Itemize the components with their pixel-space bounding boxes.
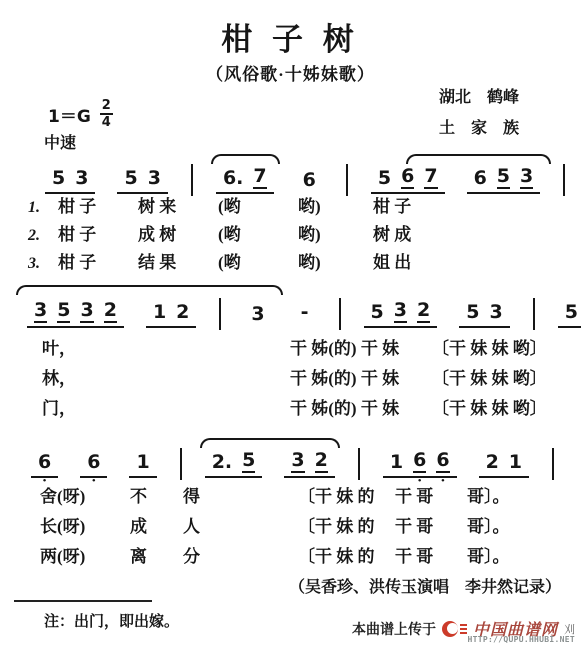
barline — [180, 448, 182, 480]
note: 5 — [52, 169, 65, 189]
note: 3 — [291, 451, 304, 473]
note: 5 — [371, 303, 384, 323]
note: 5 — [124, 169, 137, 189]
logo-bars-icon — [460, 624, 467, 634]
score-line-1: 53536.76567653 — [34, 142, 577, 194]
note: 2 — [486, 453, 499, 473]
note-number: 3 — [251, 305, 264, 324]
lyric-cell: 得 — [183, 482, 298, 507]
note: 6 — [401, 167, 414, 189]
time-signature-denominator: 4 — [100, 115, 113, 129]
slur-arc — [200, 438, 340, 448]
origin-region: 湖北 鹤峰 — [439, 82, 519, 113]
slur-arc — [211, 154, 280, 164]
note-group: 6• — [577, 455, 581, 478]
lyric-cell: 树 成 — [373, 220, 411, 245]
note: 2 — [104, 301, 117, 323]
note: 6• — [38, 453, 51, 473]
footnote-divider — [14, 600, 152, 602]
lyric-cell: 3. — [28, 255, 58, 273]
note-number: 7 — [424, 167, 437, 189]
note: 6• — [436, 451, 449, 473]
note: 6 — [474, 169, 487, 189]
slur-phrase: 3532123 — [16, 284, 283, 328]
note: 3 — [251, 305, 264, 325]
note-number: 3 — [291, 451, 304, 473]
lyric-cell: 干 姊(的) 干 妹 — [290, 364, 432, 389]
verse-block-2: 叶，干 姊(的) 干 妹〔干 妹 妹 哟〕林，干 姊(的) 干 妹〔干 妹 妹 … — [42, 334, 547, 424]
note: 3 — [34, 301, 47, 323]
lyrics-row: 1.柑 子树 来(哟哟)柑 子 — [28, 192, 411, 220]
score-line-3: 6•6•12.53216•6•216•- — [20, 426, 581, 478]
note-number: 3 — [80, 301, 93, 323]
lyrics-row: 两(呀)离分〔干 妹 的干 哥哥〕。 — [40, 542, 510, 572]
note-group: 21 — [479, 453, 529, 478]
lyrics-row: 叶，干 姊(的) 干 妹〔干 妹 妹 哟〕 — [42, 334, 547, 364]
lyric-cell: 柑 子 — [58, 192, 138, 217]
note-group: 3 — [244, 305, 271, 328]
lyric-cell: 长(呀) — [40, 512, 130, 537]
lyric-cell: 哥〕。 — [467, 542, 510, 567]
note: 5 — [497, 167, 510, 189]
lyric-cell: (哟 — [218, 192, 298, 217]
note: 1 — [509, 453, 522, 473]
lyric-cell: 林， — [42, 364, 290, 389]
note-number: 6 — [38, 453, 51, 472]
lyric-cell: 干 姊(的) 干 妹 — [290, 334, 432, 359]
lyric-cell: 哟) — [298, 220, 373, 245]
watermark-prefix: 本曲谱上传于 — [352, 619, 436, 639]
note-number: 2 — [104, 301, 117, 323]
note-number: 2 — [417, 301, 430, 323]
logo-crescent-icon — [442, 621, 458, 637]
lyrics-row: 林，干 姊(的) 干 妹〔干 妹 妹 哟〕 — [42, 364, 547, 394]
note: 2 — [315, 451, 328, 473]
note-group: 16•6• — [383, 451, 457, 478]
lyric-cell: 柑 子 — [58, 248, 138, 273]
note-number: 1 — [136, 453, 149, 472]
lyric-cell: 人 — [183, 512, 298, 537]
note-group: 1 — [129, 453, 156, 478]
note: 6. — [223, 169, 243, 189]
barline — [339, 298, 341, 330]
note: 1 — [136, 453, 149, 473]
lyric-cell: 干 哥 — [395, 482, 467, 507]
lyrics-row: 门，干 姊(的) 干 妹〔干 妹 妹 哟〕 — [42, 394, 547, 424]
lyric-cell: 叶， — [42, 334, 290, 359]
lyric-cell: 哟) — [298, 248, 373, 273]
lyric-cell: 干 哥 — [395, 542, 467, 567]
note-group: 2.5 — [205, 451, 263, 478]
note-number: 6 — [474, 169, 487, 188]
note: 5 — [378, 169, 391, 189]
note-group: 6 — [296, 171, 323, 194]
note-number: 6 — [303, 171, 316, 190]
note-number: 5 — [242, 451, 255, 473]
note-number: 5 — [371, 303, 384, 322]
lyric-cell: 结 果 — [138, 248, 218, 273]
lyrics-row: 3.柑 子结 果(哟哟)姐 出 — [28, 248, 411, 276]
note-number: 3 — [489, 303, 502, 322]
key-signature: 1＝G 2 4 — [48, 99, 113, 129]
time-signature-numerator: 2 — [100, 99, 113, 115]
note: 7 — [424, 167, 437, 189]
note: 2 — [176, 303, 189, 323]
note-number: 6 — [413, 451, 426, 473]
note-group: 6• — [31, 453, 58, 478]
note-number: 5 — [124, 169, 137, 188]
note-number: 1 — [509, 453, 522, 472]
note-number: 6 — [401, 167, 414, 189]
note: 6• — [87, 453, 100, 473]
note: 3 — [489, 303, 502, 323]
lyric-cell: 1. — [28, 199, 58, 217]
note-number: 5 — [497, 167, 510, 189]
note: 6• — [413, 451, 426, 473]
lyric-cell: 姐 出 — [373, 248, 411, 273]
origin-ethnicity: 土 家 族 — [439, 113, 519, 144]
lyric-cell: 哟) — [298, 192, 373, 217]
lyric-cell: 不 — [130, 482, 183, 507]
slur-arc — [16, 285, 283, 295]
origin-info: 湖北 鹤峰 土 家 族 — [439, 82, 519, 144]
note-group: 567 — [371, 167, 445, 194]
lyric-cell: 哥〕。 — [467, 512, 510, 537]
lyrics-row: 舍(呀)不得〔干 妹 的干 哥哥〕。 — [40, 482, 510, 512]
note: 3 — [75, 169, 88, 189]
note: 5 — [242, 451, 255, 473]
lyric-cell: 2. — [28, 227, 58, 245]
lyric-cell: 两(呀) — [40, 542, 130, 567]
note: 2 — [417, 301, 430, 323]
note: 7 — [253, 167, 266, 189]
lyric-cell: 离 — [130, 542, 183, 567]
slur-phrase: 567653 — [360, 153, 551, 194]
footnote-text: 注：出门，即出嫁。 — [44, 610, 179, 631]
lyric-cell: 〔干 妹 妹 哟〕 — [432, 394, 547, 419]
note: 3 — [520, 167, 533, 189]
lyric-cell: 柑 子 — [58, 220, 138, 245]
site-url: HTTP://QUPU.HHUBI.NET — [468, 635, 575, 644]
lyric-cell: 柑 子 — [373, 192, 411, 217]
barline — [358, 448, 360, 480]
lyric-cell: 〔干 妹 妹 哟〕 — [432, 364, 547, 389]
note-group: 532 — [364, 301, 438, 328]
note-group: 12 — [146, 303, 196, 328]
note-group: 53 — [45, 169, 95, 194]
note: 3 — [394, 301, 407, 323]
note-number: 3 — [34, 301, 47, 323]
score-sheet: 柑 子 树 （风俗歌·十姊妹歌） 湖北 鹤峰 土 家 族 1＝G 2 4 中速 … — [0, 0, 581, 647]
note-number: 6 — [87, 453, 100, 472]
slur-arc — [406, 154, 551, 164]
note-number: 3 — [394, 301, 407, 323]
note: 3 — [148, 169, 161, 189]
performer-credit: （吴香珍、洪传玉演唱 李井然记录） — [289, 574, 561, 597]
note-number: 1 — [153, 303, 166, 322]
barline — [219, 298, 221, 330]
note-group: 6• — [80, 453, 107, 478]
note-group: 6.7 — [216, 167, 274, 194]
site-logo-icon — [442, 621, 467, 637]
lyric-cell: 分 — [183, 542, 298, 567]
lyric-cell: 干 哥 — [395, 512, 467, 537]
lyric-cell: 舍(呀) — [40, 482, 130, 507]
note-number: 5 — [565, 303, 578, 322]
lyrics-row: 长(呀)成人〔干 妹 的干 哥哥〕。 — [40, 512, 510, 542]
lyric-cell: 成 — [130, 512, 183, 537]
note: 5 — [57, 301, 70, 323]
note-number: 5 — [378, 169, 391, 188]
note-number: 2 — [176, 303, 189, 322]
lyric-cell: 〔干 妹 的 — [298, 512, 395, 537]
note: 1 — [153, 303, 166, 323]
note-group: 53 — [558, 303, 581, 328]
lyric-cell: 干 姊(的) 干 妹 — [290, 394, 432, 419]
lyric-cell: (哟 — [218, 248, 298, 273]
note-group: 653 — [467, 167, 541, 194]
note: 1 — [390, 453, 403, 473]
note-number: 5 — [57, 301, 70, 323]
note-number: 5 — [52, 169, 65, 188]
slur-phrase: 2.532 — [194, 437, 346, 478]
duration-dash: - — [301, 303, 309, 328]
note-number: 3 — [148, 169, 161, 188]
lyric-cell: 哥〕。 — [467, 482, 510, 507]
score-line-2: 3532123-532535321 — [16, 276, 581, 328]
lyric-cell: 门， — [42, 394, 290, 419]
lyric-cell: 〔干 妹 的 — [298, 482, 395, 507]
note-number: 6 — [436, 451, 449, 473]
note-number: 7 — [253, 167, 266, 189]
barline — [533, 298, 535, 330]
note-number: 2. — [212, 453, 232, 472]
lyric-cell: 〔干 妹 的 — [298, 542, 395, 567]
note-number: 2 — [486, 453, 499, 472]
note-group: 53 — [459, 303, 509, 328]
note-number: 3 — [75, 169, 88, 188]
note-group: 32 — [284, 451, 334, 478]
barline — [552, 448, 554, 480]
lyric-cell: 〔干 妹 妹 哟〕 — [432, 334, 547, 359]
lyrics-row: 2.柑 子成 树(哟哟)树 成 — [28, 220, 411, 248]
note-number: 1 — [390, 453, 403, 472]
slur-phrase: 6.7 — [205, 153, 285, 194]
note-group: 53 — [117, 169, 167, 194]
lyric-cell: 成 树 — [138, 220, 218, 245]
note-number: 5 — [466, 303, 479, 322]
lyric-cell: (哟 — [218, 220, 298, 245]
note-number: 2 — [315, 451, 328, 473]
note-number: 6. — [223, 169, 243, 188]
note: 5 — [565, 303, 578, 323]
barline — [563, 164, 565, 196]
verse-block-1: 1.柑 子树 来(哟哟)柑 子2.柑 子成 树(哟哟)树 成3.柑 子结 果(哟… — [28, 192, 411, 276]
note: 6 — [303, 171, 316, 191]
note-group: 3532 — [27, 301, 124, 328]
song-title: 柑 子 树 — [0, 14, 581, 59]
note: 5 — [466, 303, 479, 323]
key-name: 1＝G — [48, 102, 91, 127]
verse-block-3: 舍(呀)不得〔干 妹 的干 哥哥〕。长(呀)成人〔干 妹 的干 哥哥〕。两(呀)… — [40, 482, 510, 572]
note: 3 — [80, 301, 93, 323]
note-number: 3 — [520, 167, 533, 189]
lyric-cell: 树 来 — [138, 192, 218, 217]
time-signature: 2 4 — [100, 99, 113, 129]
note: 2. — [212, 453, 232, 473]
